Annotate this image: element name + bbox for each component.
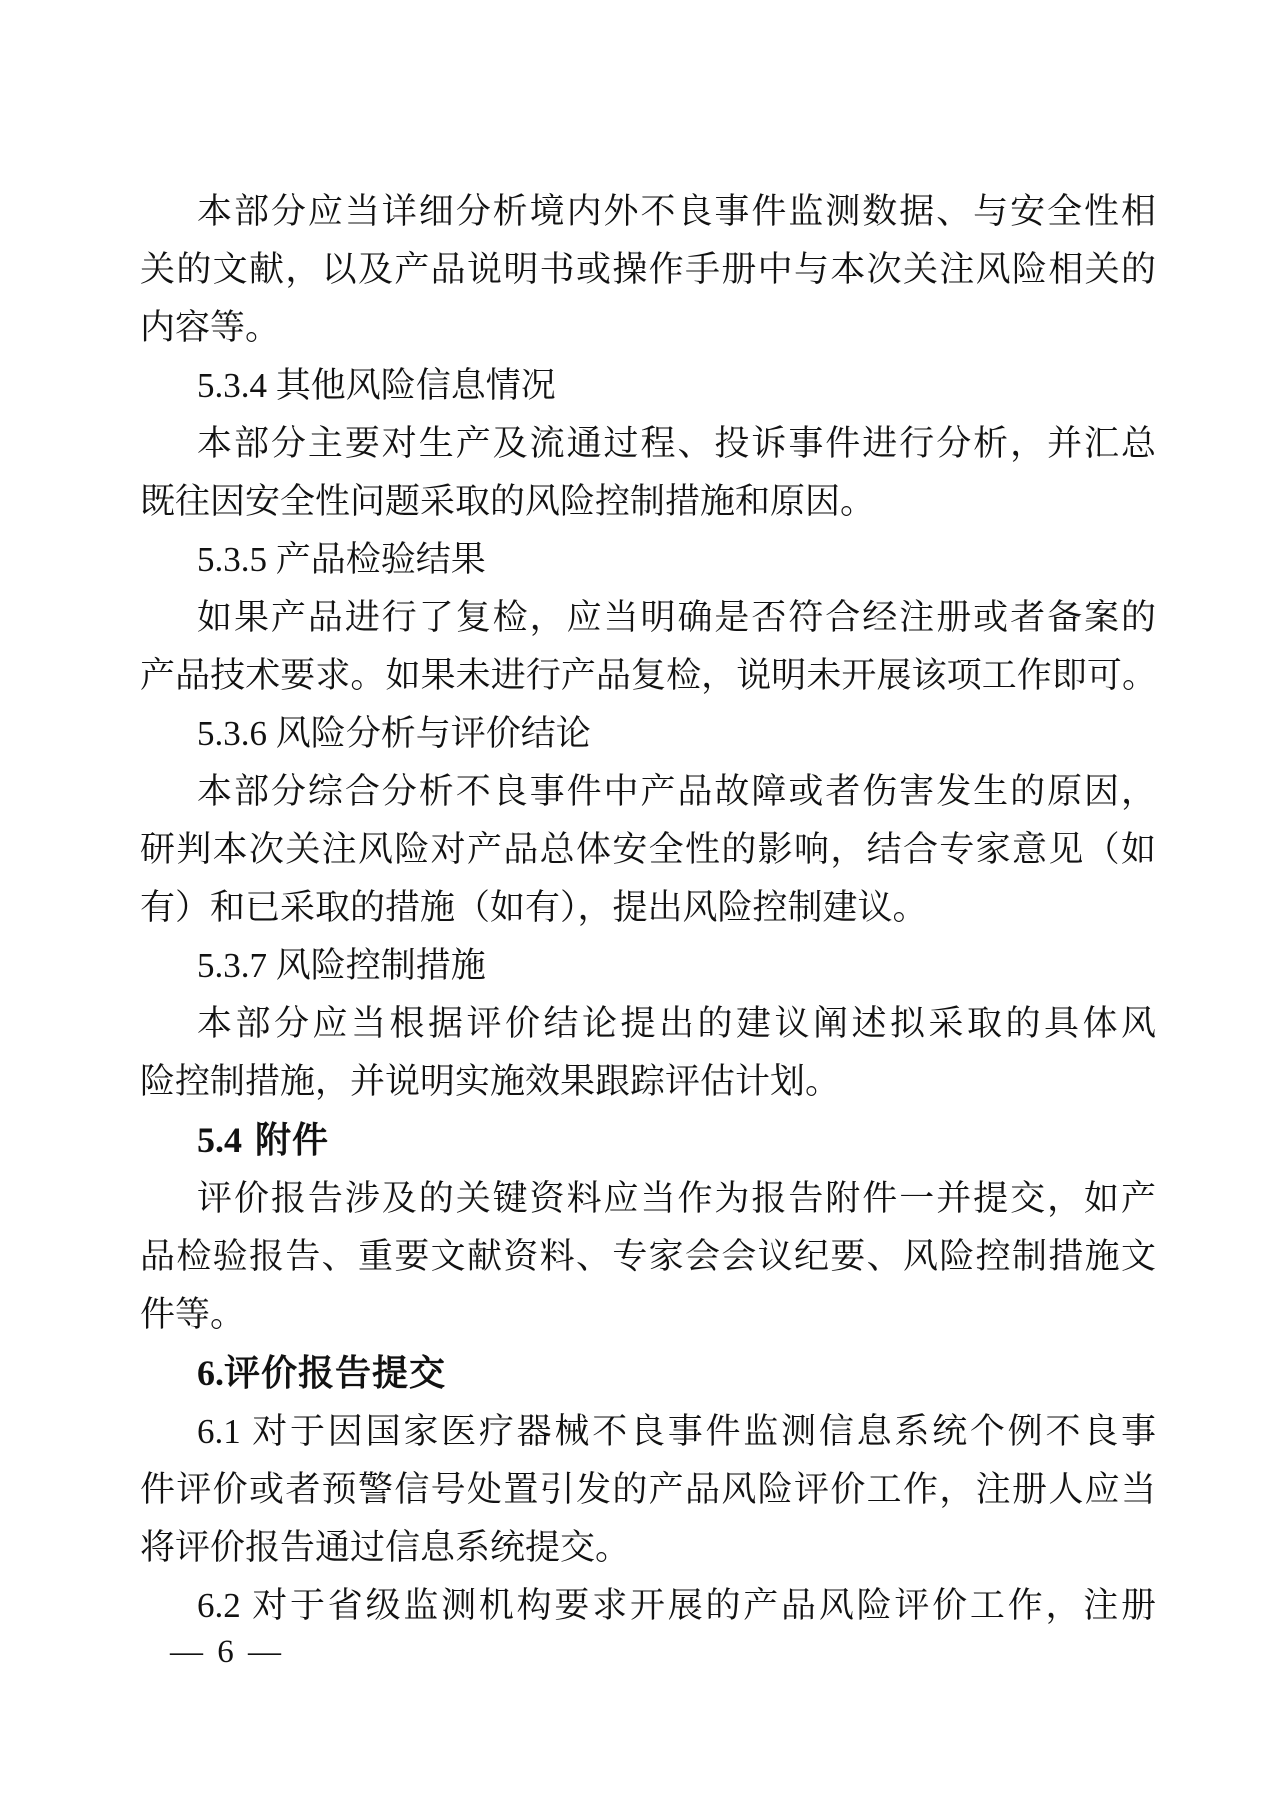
paragraph-line: 有）和已采取的措施（如有），提出风险控制建议。 [140, 879, 1156, 937]
paragraph-line: 本部分应当根据评价结论提出的建议阐述拟采取的具体风 [140, 995, 1156, 1053]
heading-5-3-4: 5.3.4 其他风险信息情况 [140, 357, 1156, 415]
paragraph-line: 本部分综合分析不良事件中产品故障或者伤害发生的原因， [140, 763, 1156, 821]
paragraph-line: 6.1 对于因国家医疗器械不良事件监测信息系统个例不良事 [140, 1403, 1156, 1461]
heading-number: 5.4 [197, 1120, 242, 1160]
paragraph-line: 关的文献，以及产品说明书或操作手册中与本次关注风险相关的 [140, 241, 1156, 299]
paragraph-line: 产品技术要求。如果未进行产品复检，说明未开展该项工作即可。 [140, 647, 1156, 705]
paragraph-line: 险控制措施，并说明实施效果跟踪评估计划。 [140, 1053, 1156, 1111]
heading-number: 6. [197, 1353, 224, 1393]
paragraph-line: 本部分应当详细分析境内外不良事件监测数据、与安全性相 [140, 183, 1156, 241]
paragraph-line: 既往因安全性问题采取的风险控制措施和原因。 [140, 473, 1156, 531]
paragraph-line: 如果产品进行了复检，应当明确是否符合经注册或者备案的 [140, 589, 1156, 647]
heading-5-3-6: 5.3.6 风险分析与评价结论 [140, 705, 1156, 763]
paragraph-line: 6.2 对于省级监测机构要求开展的产品风险评价工作，注册 [140, 1577, 1156, 1635]
paragraph-line: 内容等。 [140, 299, 1156, 357]
paragraph-line: 件评价或者预警信号处置引发的产品风险评价工作，注册人应当 [140, 1461, 1156, 1519]
heading-5-4: 5.4附件 [140, 1111, 1156, 1170]
heading-title: 附件 [255, 1119, 329, 1160]
paragraph-line: 本部分主要对生产及流通过程、投诉事件进行分析，并汇总 [140, 415, 1156, 473]
paragraph-line: 件等。 [140, 1286, 1156, 1344]
page-number: — 6 — [170, 1634, 284, 1671]
paragraph-line: 研判本次关注风险对产品总体安全性的影响，结合专家意见（如 [140, 821, 1156, 879]
heading-5-3-7: 5.3.7 风险控制措施 [140, 937, 1156, 995]
heading-5-3-5: 5.3.5 产品检验结果 [140, 531, 1156, 589]
paragraph-line: 品检验报告、重要文献资料、专家会会议纪要、风险控制措施文 [140, 1228, 1156, 1286]
heading-6: 6.评价报告提交 [140, 1344, 1156, 1403]
heading-title: 评价报告提交 [224, 1352, 446, 1393]
paragraph-line: 评价报告涉及的关键资料应当作为报告附件一并提交，如产 [140, 1170, 1156, 1228]
document-page: 本部分应当详细分析境内外不良事件监测数据、与安全性相 关的文献，以及产品说明书或… [0, 0, 1280, 1810]
paragraph-line: 将评价报告通过信息系统提交。 [140, 1519, 1156, 1577]
document-content: 本部分应当详细分析境内外不良事件监测数据、与安全性相 关的文献，以及产品说明书或… [140, 183, 1156, 1635]
